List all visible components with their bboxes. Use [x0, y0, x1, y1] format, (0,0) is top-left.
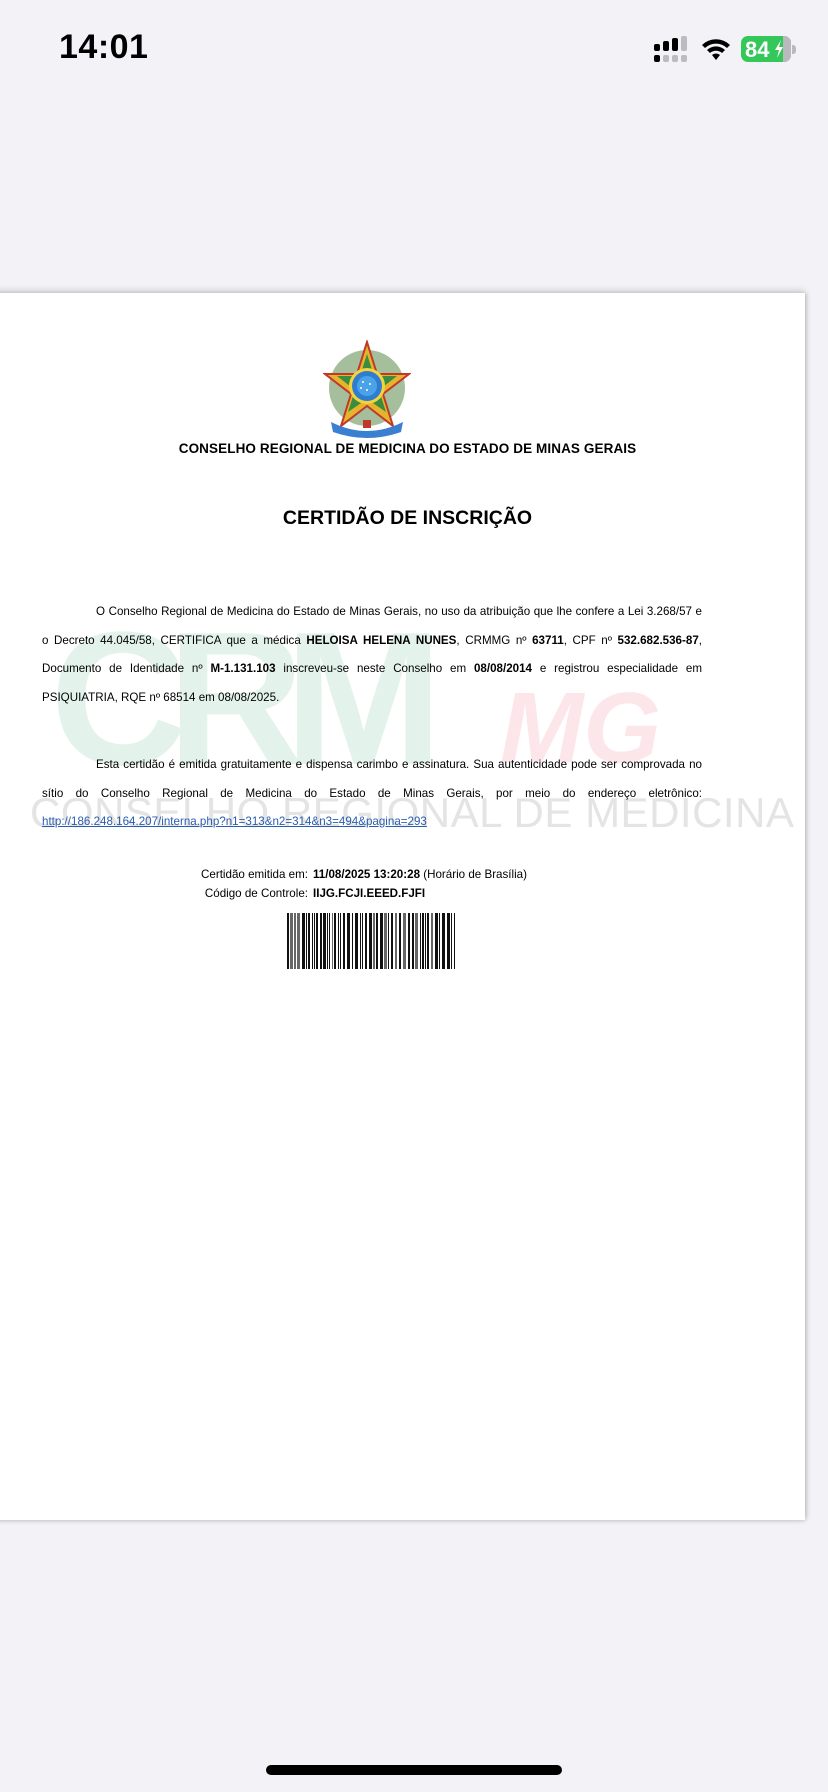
- paragraph-text: inscreveu-se neste Conselho em: [276, 662, 474, 675]
- issued-datetime: 11/08/2025 13:20:28: [313, 868, 420, 881]
- home-indicator[interactable]: [266, 1765, 562, 1775]
- registration-date: 08/08/2014: [474, 662, 532, 675]
- document-title: CERTIDÃO DE INSCRIÇÃO: [0, 507, 815, 530]
- id-number: M-1.131.103: [210, 662, 275, 675]
- control-row: Código de Controle:IIJG.FCJI.EEED.FJFI: [182, 884, 425, 903]
- crm-number: 63711: [532, 634, 564, 647]
- cellular-signal-icon: [654, 36, 688, 64]
- cpf-number: 532.682.536-87: [618, 634, 699, 647]
- status-time: 14:01: [59, 28, 148, 67]
- wifi-icon: [700, 36, 732, 62]
- certificate-paragraph: O Conselho Regional de Medicina do Estad…: [42, 598, 702, 712]
- issued-row: Certidão emitida em:11/08/2025 13:20:28 …: [182, 865, 527, 884]
- issued-timezone: (Horário de Brasília): [423, 868, 527, 881]
- doctor-name: HELOISA HELENA NUNES: [306, 634, 456, 647]
- battery-cap: [792, 45, 796, 54]
- control-code: IIJG.FCJI.EEED.FJFI: [313, 887, 425, 900]
- paragraph-text: , CPF nº: [564, 634, 618, 647]
- paragraph-text: , CRMMG nº: [456, 634, 532, 647]
- pdf-page[interactable]: CONSELHO REGIONAL DE MEDICINA DO ESTADO …: [0, 293, 805, 1520]
- verification-link[interactable]: http://186.248.164.207/interna.php?n1=31…: [42, 815, 427, 828]
- battery-icon: 84: [741, 36, 791, 62]
- status-bar: 14:01 84: [0, 0, 828, 100]
- organization-name: CONSELHO REGIONAL DE MEDICINA DO ESTADO …: [0, 441, 815, 456]
- control-label: Código de Controle:: [182, 884, 308, 903]
- authenticity-paragraph: Esta certidão é emitida gratuitamente e …: [42, 751, 702, 837]
- battery-percent: 84: [745, 37, 769, 62]
- paragraph-text: Esta certidão é emitida gratuitamente e …: [42, 758, 702, 800]
- barcode-icon: [287, 913, 457, 969]
- issued-label: Certidão emitida em:: [182, 865, 308, 884]
- brazil-coat-of-arms-icon: [323, 340, 411, 440]
- charging-bolt-icon: [774, 40, 784, 58]
